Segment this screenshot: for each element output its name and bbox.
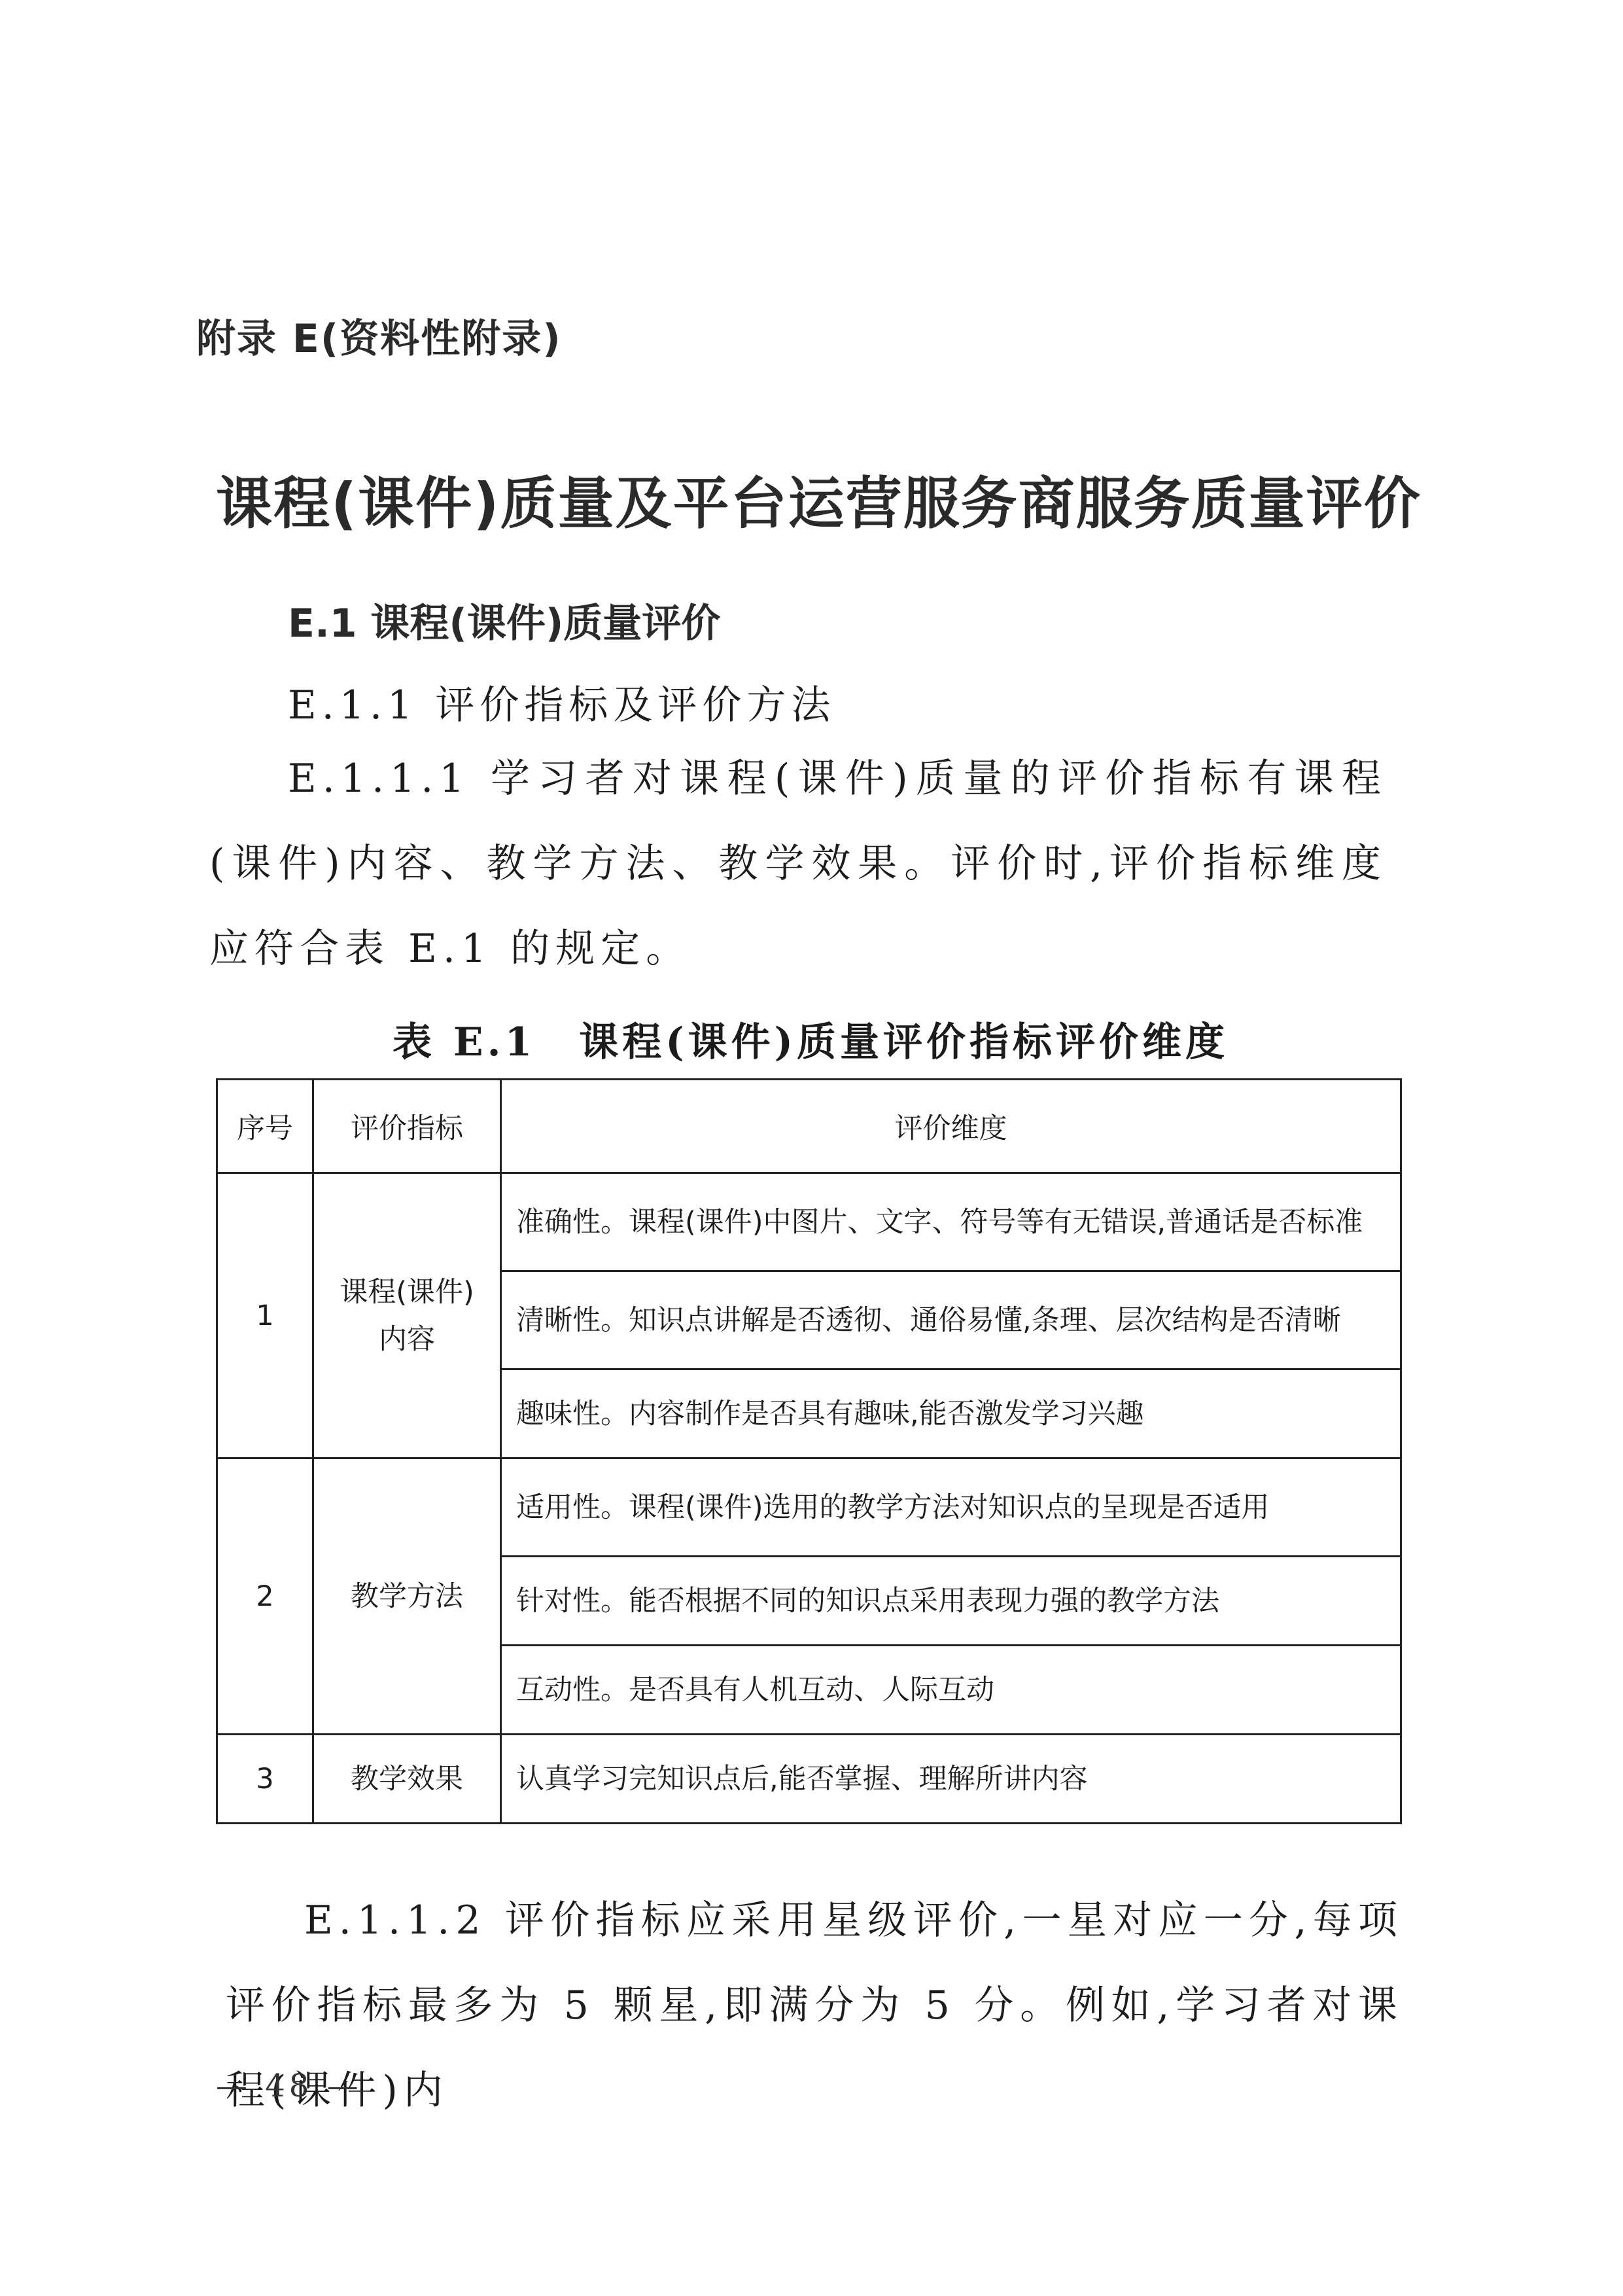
- row-number: 3: [217, 1735, 313, 1824]
- subsection-heading: E.1.1 评价指标及评价方法: [288, 674, 835, 730]
- indicator-cell: 课程(课件) 内容: [313, 1173, 501, 1458]
- dimension-cell: 准确性。课程(课件)中图片、文字、符号等有无错误,普通话是否标准: [501, 1173, 1401, 1271]
- dimension-cell: 针对性。能否根据不同的知识点采用表现力强的教学方法: [501, 1557, 1401, 1646]
- page-number: — 48 —: [216, 2068, 362, 2104]
- table-header-row: 序号 评价指标 评价维度: [217, 1080, 1401, 1173]
- table-row: 1 课程(课件) 内容 准确性。课程(课件)中图片、文字、符号等有无错误,普通话…: [217, 1173, 1401, 1271]
- table-caption: 表 E.1 课程(课件)质量评价指标评价维度: [393, 1011, 1229, 1067]
- table-row: 2 教学方法 适用性。课程(课件)选用的教学方法对知识点的呈现是否适用: [217, 1458, 1401, 1557]
- indicator-line: 课程(课件): [328, 1269, 485, 1316]
- dimension-cell: 适用性。课程(课件)选用的教学方法对知识点的呈现是否适用: [501, 1458, 1401, 1557]
- table-row: 3 教学效果 认真学习完知识点后,能否掌握、理解所讲内容: [217, 1735, 1401, 1824]
- section-heading: E.1 课程(课件)质量评价: [288, 592, 720, 648]
- appendix-label: 附录 E(资料性附录): [196, 308, 562, 364]
- dimension-cell: 互动性。是否具有人机互动、人际互动: [501, 1646, 1401, 1735]
- paragraph-e112: E.1.1.2 评价指标应采用星级评价,一星对应一分,每项评价指标最多为 5 颗…: [226, 1878, 1403, 2133]
- paragraph-e111: E.1.1.1 学习者对课程(课件)质量的评价指标有课程(课件)内容、教学方法、…: [209, 736, 1387, 991]
- dimension-cell: 趣味性。内容制作是否具有趣味,能否激发学习兴趣: [501, 1369, 1401, 1458]
- dimension-cell: 认真学习完知识点后,能否掌握、理解所讲内容: [501, 1735, 1401, 1824]
- dimension-cell: 清晰性。知识点讲解是否透彻、通俗易懂,条理、层次结构是否清晰: [501, 1271, 1401, 1369]
- header-number: 序号: [217, 1080, 313, 1173]
- indicator-cell: 教学效果: [313, 1735, 501, 1824]
- header-indicator: 评价指标: [313, 1080, 501, 1173]
- evaluation-table: 序号 评价指标 评价维度 1 课程(课件) 内容 准确性。课程(课件)中图片、文…: [216, 1078, 1402, 1824]
- page-title: 课程(课件)质量及平台运营服务商服务质量评价: [216, 458, 1422, 539]
- row-number: 1: [217, 1173, 313, 1458]
- indicator-line: 内容: [328, 1316, 485, 1363]
- header-dimension: 评价维度: [501, 1080, 1401, 1173]
- indicator-cell: 教学方法: [313, 1458, 501, 1735]
- row-number: 2: [217, 1458, 313, 1735]
